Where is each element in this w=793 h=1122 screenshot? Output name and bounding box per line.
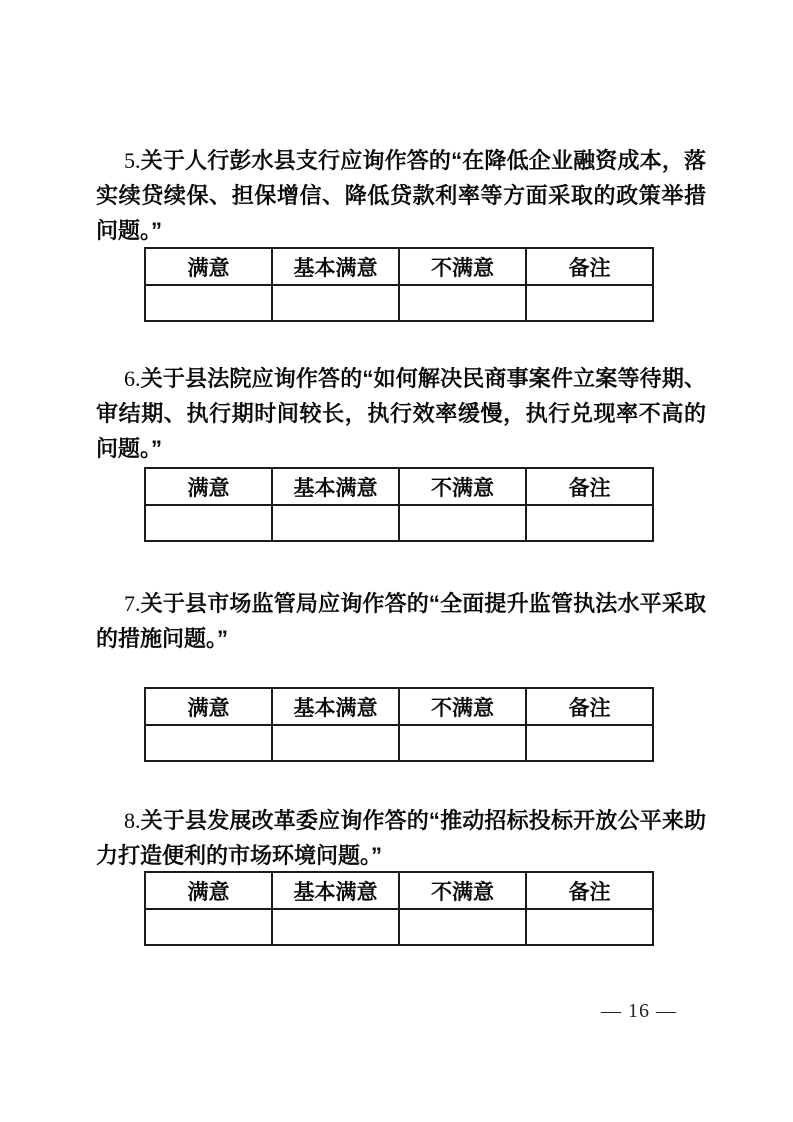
answer-cell-remarks (526, 285, 653, 321)
answer-cell-satisfied (145, 505, 272, 541)
header-cell-satisfied: 满意 (145, 872, 272, 909)
table-header-row: 满意 基本满意 不满意 备注 (145, 468, 653, 505)
answer-cell-satisfied (145, 725, 272, 761)
header-cell-unsatisfied: 不满意 (399, 688, 526, 725)
table-answer-row (145, 909, 653, 945)
table-answer-row (145, 505, 653, 541)
answer-cell-basically-satisfied (272, 505, 399, 541)
question-6-text: 关于县法院应询作答的“如何解决民商事案件立案等待期、审结期、执行期时间较长，执行… (96, 366, 706, 461)
header-cell-basically-satisfied: 基本满意 (272, 872, 399, 909)
answer-cell-basically-satisfied (272, 725, 399, 761)
satisfaction-table-q5: 满意 基本满意 不满意 备注 (144, 247, 654, 322)
header-cell-satisfied: 满意 (145, 688, 272, 725)
question-7-number: 7. (124, 591, 141, 616)
answer-cell-satisfied (145, 285, 272, 321)
page-number: — 16 — (601, 1000, 677, 1023)
question-7-paragraph: 7.关于县市场监管局应询作答的“全面提升监管执法水平采取的措施问题。” (96, 586, 706, 656)
table-answer-row (145, 285, 653, 321)
answer-cell-basically-satisfied (272, 909, 399, 945)
header-cell-unsatisfied: 不满意 (399, 248, 526, 285)
question-6-paragraph: 6.关于县法院应询作答的“如何解决民商事案件立案等待期、审结期、执行期时间较长，… (96, 361, 706, 466)
table-header-row: 满意 基本满意 不满意 备注 (145, 688, 653, 725)
question-7-text: 关于县市场监管局应询作答的“全面提升监管执法水平采取的措施问题。” (96, 591, 706, 651)
header-cell-satisfied: 满意 (145, 248, 272, 285)
question-5-number: 5. (124, 148, 141, 173)
header-cell-remarks: 备注 (526, 468, 653, 505)
header-cell-satisfied: 满意 (145, 468, 272, 505)
answer-cell-satisfied (145, 909, 272, 945)
header-cell-basically-satisfied: 基本满意 (272, 468, 399, 505)
table-header-row: 满意 基本满意 不满意 备注 (145, 248, 653, 285)
header-cell-basically-satisfied: 基本满意 (272, 688, 399, 725)
answer-cell-remarks (526, 725, 653, 761)
question-8-paragraph: 8.关于县发展改革委应询作答的“推动招标投标开放公平来助力打造便利的市场环境问题… (96, 803, 706, 873)
question-8-text: 关于县发展改革委应询作答的“推动招标投标开放公平来助力打造便利的市场环境问题。” (96, 808, 706, 868)
answer-cell-basically-satisfied (272, 285, 399, 321)
table-header-row: 满意 基本满意 不满意 备注 (145, 872, 653, 909)
question-5-paragraph: 5.关于人行彭水县支行应询作答的“在降低企业融资成本，落实续贷续保、担保增信、降… (96, 143, 706, 248)
question-8-number: 8. (124, 808, 141, 833)
answer-cell-unsatisfied (399, 725, 526, 761)
question-5-text: 关于人行彭水县支行应询作答的“在降低企业融资成本，落实续贷续保、担保增信、降低贷… (96, 148, 706, 243)
satisfaction-table-q6: 满意 基本满意 不满意 备注 (144, 467, 654, 542)
header-cell-remarks: 备注 (526, 248, 653, 285)
document-page: 5.关于人行彭水县支行应询作答的“在降低企业融资成本，落实续贷续保、担保增信、降… (0, 0, 793, 1122)
header-cell-unsatisfied: 不满意 (399, 468, 526, 505)
table-answer-row (145, 725, 653, 761)
answer-cell-unsatisfied (399, 909, 526, 945)
answer-cell-unsatisfied (399, 505, 526, 541)
header-cell-remarks: 备注 (526, 872, 653, 909)
question-6-number: 6. (124, 366, 141, 391)
header-cell-unsatisfied: 不满意 (399, 872, 526, 909)
satisfaction-table-q8: 满意 基本满意 不满意 备注 (144, 871, 654, 946)
answer-cell-remarks (526, 505, 653, 541)
satisfaction-table-q7: 满意 基本满意 不满意 备注 (144, 687, 654, 762)
header-cell-remarks: 备注 (526, 688, 653, 725)
header-cell-basically-satisfied: 基本满意 (272, 248, 399, 285)
answer-cell-remarks (526, 909, 653, 945)
answer-cell-unsatisfied (399, 285, 526, 321)
